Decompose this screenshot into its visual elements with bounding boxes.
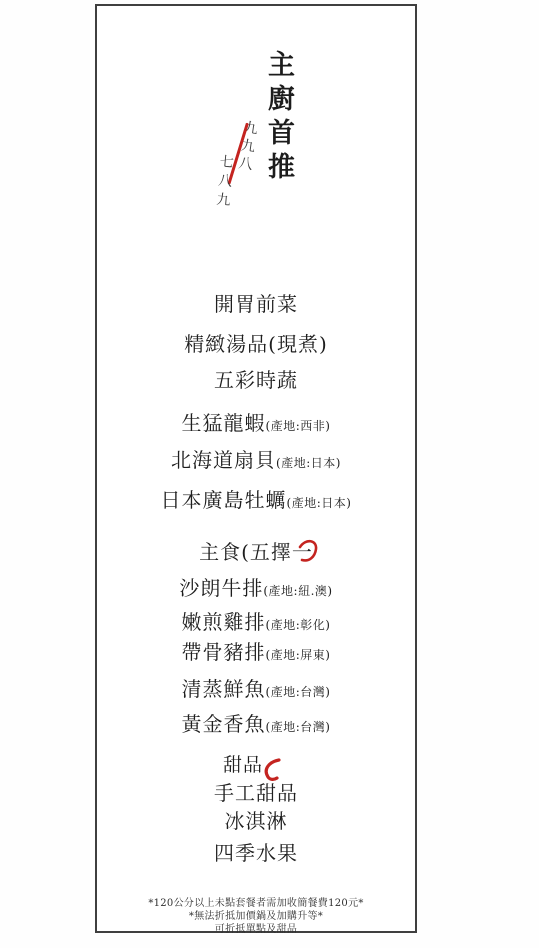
item-origin: (產地:台灣) [266,685,331,699]
item-name: 主食(五擇一 [199,540,313,564]
menu-title: 主廚首推 [259,50,298,186]
item-name: 嫩煎雞排 [182,610,266,634]
footnote-offset-allowed: 可折抵單點及甜品 [97,923,415,936]
item-name: 生猛龍蝦 [182,411,266,435]
red-paren-correction-icon [297,539,321,567]
item-origin: (產地:西非) [266,419,331,433]
item-name: 甜品 [223,754,263,776]
menu-item-sirloin-steak: 沙朗牛排(產地:紐.澳) [97,573,415,606]
item-name: 北海道扇貝 [171,448,276,472]
footnotes: *120公分以上未點套餐者需加收簡餐費120元* *無法折抵加價鍋及加購升等* … [97,897,415,936]
menu-section-dessert: 甜品 [84,750,402,780]
item-name: 冰淇淋 [225,809,288,833]
item-name: 精緻湯品(現煮) [184,332,328,356]
item-name: 沙朗牛排 [179,576,263,600]
menu-item-oyster: 日本廣島牡蠣(產地:日本) [97,485,415,518]
footnote-minimum-charge: *120公分以上未點套餐者需加收簡餐費120元* [97,897,415,910]
menu-item-appetizer: 開胃前菜 [97,289,415,319]
menu-item-lobster: 生猛龍蝦(產地:西非) [97,408,415,441]
item-name: 清蒸鮮魚 [182,677,266,701]
menu-section-main-course: 主食(五擇一 [97,537,415,567]
item-origin: (產地:日本) [287,496,352,510]
item-name: 五彩時蔬 [214,368,298,392]
menu-item-chicken: 嫩煎雞排(產地:彰化) [97,607,415,640]
menu-item-steamed-fish: 清蒸鮮魚(產地:台灣) [97,674,415,707]
item-name: 手工甜品 [214,781,298,805]
menu-item-pork-chop: 帶骨豬排(產地:屏東) [97,637,415,670]
menu-page: 主廚首推 九九八 七八九 開胃前菜 精緻湯品(現煮) 五彩時蔬 生猛龍蝦(產地:… [0,0,539,948]
item-name: 帶骨豬排 [182,640,266,664]
menu-item-soup: 精緻湯品(現煮) [97,329,415,359]
handwritten-new-price: 七八九 [212,153,237,212]
footnote-no-offset: *無法折抵加價鍋及加購升等* [97,910,415,923]
item-name: 開胃前菜 [214,292,298,316]
item-origin: (產地:彰化) [266,618,331,632]
menu-item-seasonal-fruit: 四季水果 [97,838,415,868]
item-origin: (產地:台灣) [266,720,331,734]
item-name: 黃金香魚 [182,712,266,736]
menu-item-scallop: 北海道扇貝(產地:日本) [97,445,415,478]
item-origin: (產地:日本) [276,456,341,470]
item-name: 四季水果 [214,841,298,865]
menu-item-ice-cream: 冰淇淋 [97,806,415,836]
menu-item-sweetfish: 黃金香魚(產地:台灣) [97,709,415,742]
menu-card: 主廚首推 九九八 七八九 開胃前菜 精緻湯品(現煮) 五彩時蔬 生猛龍蝦(產地:… [95,4,417,933]
menu-item-vegetables: 五彩時蔬 [97,365,415,395]
item-origin: (產地:紐.澳) [263,584,332,598]
item-origin: (產地:屏東) [266,648,331,662]
item-name: 日本廣島牡蠣 [161,488,287,512]
menu-item-handmade-dessert: 手工甜品 [97,778,415,808]
